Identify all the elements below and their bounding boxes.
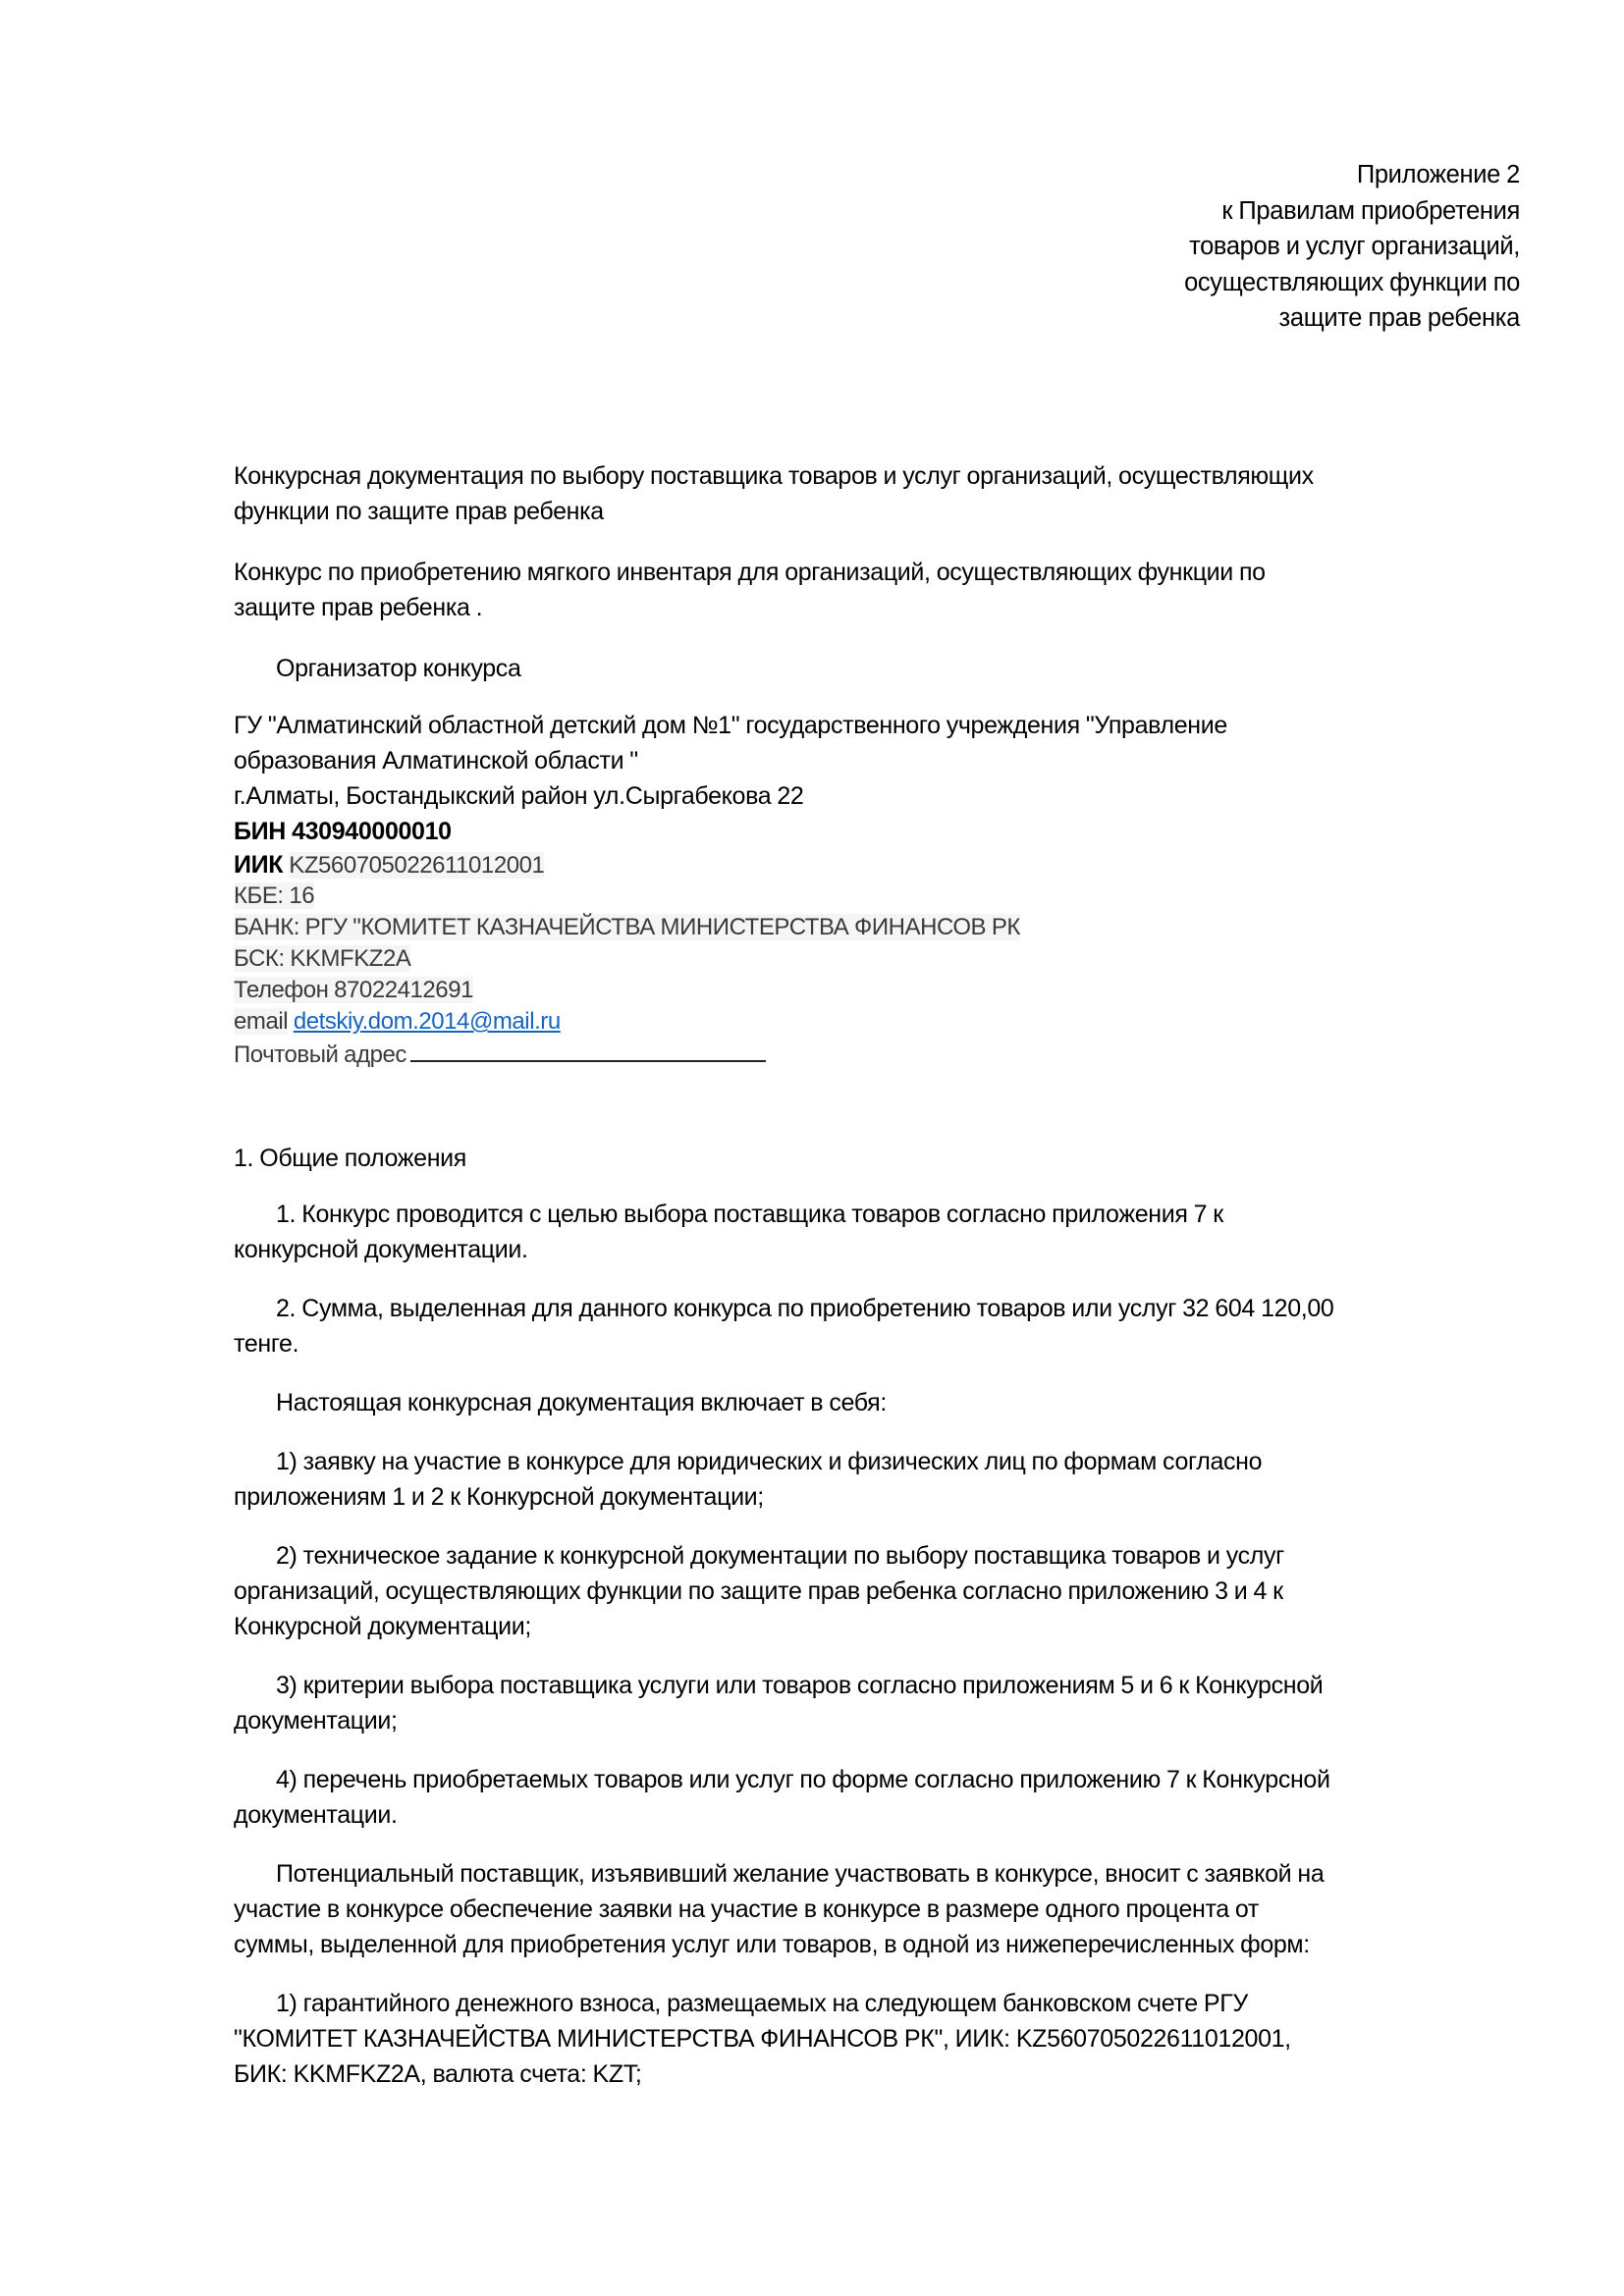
- paragraph-1: 1. Конкурс проводится с целью выбора пос…: [276, 1200, 1223, 1229]
- appendix-line: Приложение 2: [1184, 157, 1520, 193]
- bin-value: 430940000010: [292, 818, 452, 845]
- organizer-heading: Организатор конкурса: [276, 654, 521, 683]
- postal-address-blank: [410, 1039, 766, 1062]
- organizer-bin: БИН 430940000010: [234, 817, 452, 846]
- appendix-header: Приложение 2 к Правилам приобретения тов…: [1184, 157, 1520, 337]
- document-page: Приложение 2 к Правилам приобретения тов…: [0, 0, 1624, 2296]
- appendix-line: осуществляющих функции по: [1184, 265, 1520, 301]
- contest-subtitle: Конкурс по приобретению мягкого инвентар…: [234, 558, 1266, 587]
- security-paragraph: Потенциальный поставщик, изъявивший жела…: [276, 1859, 1324, 1889]
- security-paragraph-cont: суммы, выделенной для приобретения услуг…: [234, 1930, 1310, 1959]
- organizer-phone: Телефон 87022412691: [234, 976, 473, 1005]
- list-item: 1) заявку на участие в конкурсе для юрид…: [276, 1447, 1262, 1476]
- iik-label: ИИК: [234, 851, 283, 879]
- paragraph-2: 2. Сумма, выделенная для данного конкурс…: [276, 1294, 1333, 1323]
- appendix-line: к Правилам приобретения: [1184, 193, 1520, 230]
- appendix-line: защите прав ребенка: [1184, 300, 1520, 337]
- document-title-cont: функции по защите прав ребенка: [234, 497, 604, 526]
- appendix-line: товаров и услуг организаций,: [1184, 229, 1520, 265]
- paragraph-1-cont: конкурсной документации.: [234, 1235, 528, 1264]
- organizer-postal: Почтовый адрес: [234, 1039, 766, 1070]
- list-item: 2) техническое задание к конкурсной доку…: [276, 1541, 1284, 1571]
- organizer-kbe: КБЕ: 16: [234, 881, 314, 911]
- section-heading: 1. Общие положения: [234, 1144, 466, 1173]
- list-item: 3) критерии выбора поставщика услуги или…: [276, 1671, 1323, 1700]
- paragraph-2-cont: тенге.: [234, 1329, 298, 1359]
- list-item-cont: документации.: [234, 1800, 398, 1830]
- list-item-cont: документации;: [234, 1706, 398, 1735]
- email-label: email: [234, 1008, 288, 1035]
- bin-label: БИН: [234, 818, 286, 845]
- list-item-cont: приложениям 1 и 2 к Конкурсной документа…: [234, 1482, 764, 1512]
- organizer-name-cont: образования Алматинской области ": [234, 746, 638, 775]
- security-paragraph-cont: участие в конкурсе обеспечение заявки на…: [234, 1895, 1259, 1924]
- security-form-1-cont: БИК: KKMFKZ2A, валюта счета: KZT;: [234, 2059, 642, 2089]
- email-link[interactable]: detskiy.dom.2014@mail.ru: [294, 1008, 561, 1035]
- organizer-iik: ИИК KZ560705022611012001: [234, 850, 544, 881]
- iik-value: KZ560705022611012001: [289, 852, 544, 879]
- list-item-cont: организаций, осуществляющих функции по з…: [234, 1576, 1283, 1606]
- security-form-1-cont: "КОМИТЕТ КАЗНАЧЕЙСТВА МИНИСТЕРСТВА ФИНАН…: [234, 2024, 1291, 2054]
- organizer-address: г.Алматы, Бостандыкский район ул.Сыргабе…: [234, 781, 804, 811]
- organizer-email: email detskiy.dom.2014@mail.ru: [234, 1007, 561, 1037]
- list-item: 4) перечень приобретаемых товаров или ус…: [276, 1765, 1330, 1794]
- list-item-cont: Конкурсной документации;: [234, 1612, 531, 1641]
- organizer-bsk: БСК: KKMFKZ2A: [234, 944, 410, 974]
- contest-subtitle-cont: защите прав ребенка .: [234, 593, 482, 622]
- includes-paragraph: Настоящая конкурсная документация включа…: [276, 1388, 887, 1417]
- security-form-1: 1) гарантийного денежного взноса, размещ…: [276, 1989, 1248, 2018]
- organizer-bank: БАНК: РГУ "КОМИТЕТ КАЗНАЧЕЙСТВА МИНИСТЕР…: [234, 913, 1020, 942]
- document-title: Конкурсная документация по выбору постав…: [234, 461, 1314, 491]
- postal-label: Почтовый адрес: [234, 1041, 406, 1068]
- organizer-name: ГУ "Алматинский областной детский дом №1…: [234, 711, 1227, 740]
